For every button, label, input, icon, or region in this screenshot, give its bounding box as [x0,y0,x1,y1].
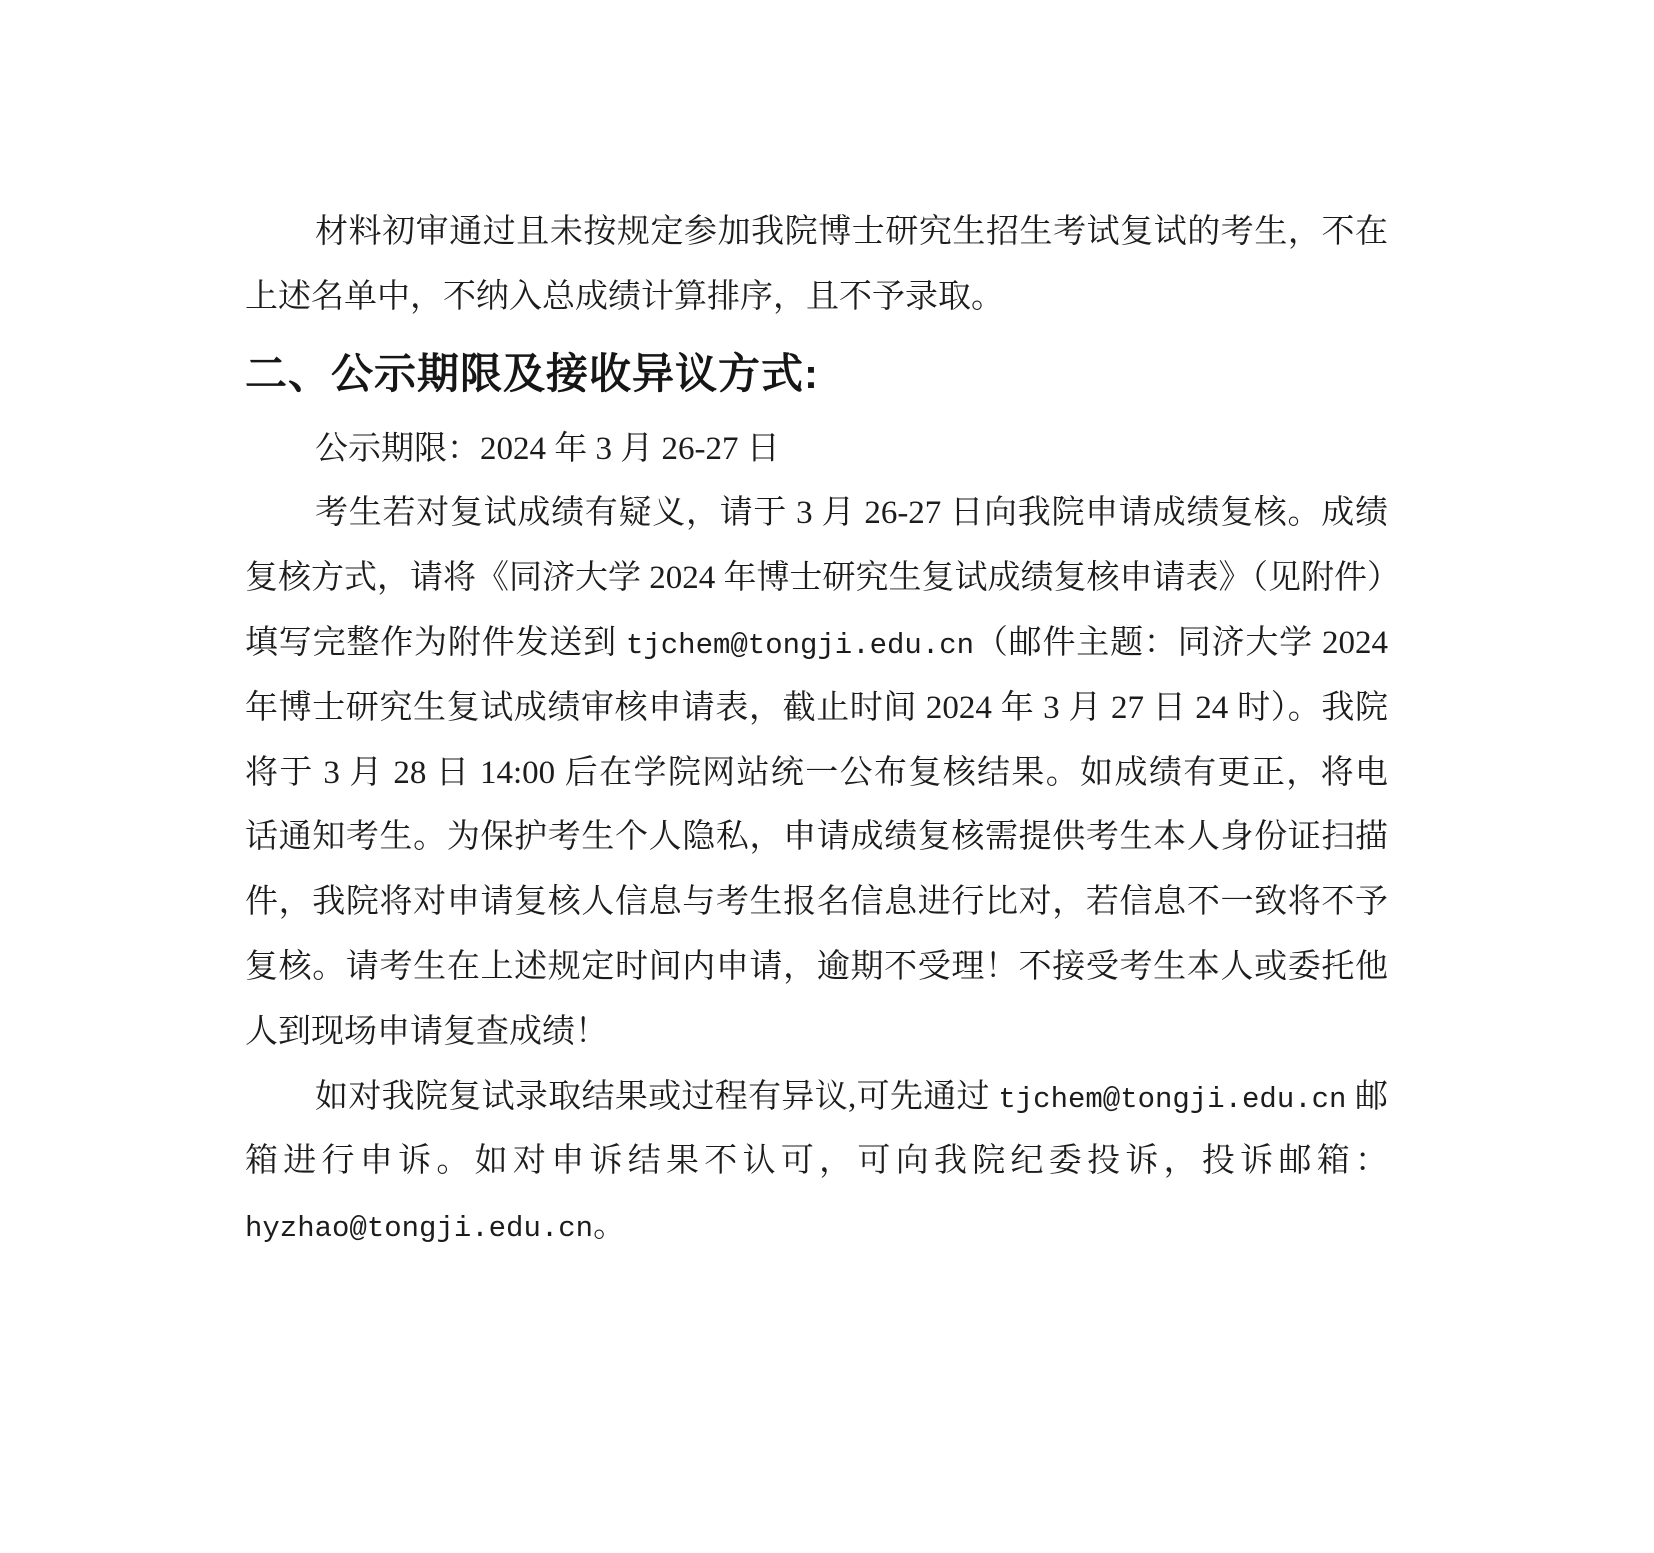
para4-line3: hyzhao@tongji.edu.cn。 [245,1194,1388,1259]
para4-line3-period: 。 [593,1208,626,1244]
review-email-address: tjchem@tongji.edu.cn [626,629,974,662]
para3-line9: 人到现场申请复查成绩！ [245,1000,1388,1065]
para4-line1-text-pre: 如对我院复试录取结果或过程有异议,可先通过 [315,1079,998,1115]
para3-line2: 复核方式，请将《同济大学 2024 年博士研究生复试成绩复核申请表》（见附件） [245,546,1388,611]
para3-line3: 填写完整作为附件发送到 tjchem@tongji.edu.cn（邮件主题：同济… [245,611,1388,676]
para4-line1: 如对我院复试录取结果或过程有异议,可先通过 tjchem@tongji.edu.… [245,1065,1388,1130]
para1-line1: 材料初审通过且未按规定参加我院博士研究生招生考试复试的考生，不在 [245,200,1388,265]
appeal-email-address: tjchem@tongji.edu.cn [998,1083,1346,1116]
para3-line1: 考生若对复试成绩有疑义，请于 3 月 26-27 日向我院申请成绩复核。成绩 [245,481,1388,546]
para1-line2: 上述名单中，不纳入总成绩计算排序，且不予录取。 [245,265,1388,330]
complaint-email-address: hyzhao@tongji.edu.cn [245,1212,593,1245]
para3-line6: 话通知考生。为保护考生个人隐私，申请成绩复核需提供考生本人身份证扫描 [245,805,1388,870]
document-body: 材料初审通过且未按规定参加我院博士研究生招生考试复试的考生，不在 上述名单中，不… [245,200,1388,1259]
section-heading: 二、公示期限及接收异议方式: [245,330,1388,417]
para3-line3-text-pre: 填写完整作为附件发送到 [245,625,626,661]
para3-line3-text-post: （邮件主题：同济大学 2024 [974,625,1388,661]
para4-line1-text-post: 邮 [1346,1079,1388,1115]
para3-line8: 复核。请考生在上述规定时间内申请，逾期不受理！不接受考生本人或委托他 [245,935,1388,1000]
document-page: 材料初审通过且未按规定参加我院博士研究生招生考试复试的考生，不在 上述名单中，不… [0,0,1654,1553]
para3-line5: 将于 3 月 28 日 14:00 后在学院网站统一公布复核结果。如成绩有更正，… [245,741,1388,806]
para3-line4: 年博士研究生复试成绩审核申请表，截止时间 2024 年 3 月 27 日 24 … [245,676,1388,741]
publicity-period-line: 公示期限：2024 年 3 月 26-27 日 [245,417,1388,482]
para4-line2: 箱进行申诉。如对申诉结果不认可，可向我院纪委投诉，投诉邮箱： [245,1129,1388,1194]
para3-line7: 件，我院将对申请复核人信息与考生报名信息进行比对，若信息不一致将不予 [245,870,1388,935]
